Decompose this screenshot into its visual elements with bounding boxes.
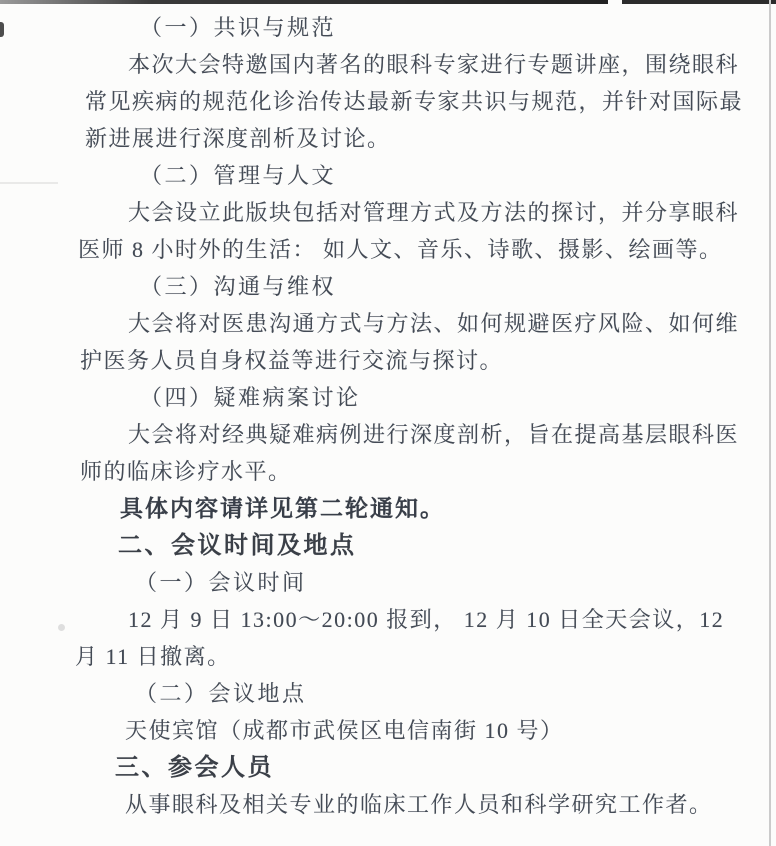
section3-heading: 三、参会人员 [115,751,776,788]
body-line: 大会将对医患沟通方式与方法、如何规避医疗风险、如何维 [128,307,776,344]
body-line: 医师 8 小时外的生活： 如人文、音乐、诗歌、摄影、绘画等。 [78,233,776,270]
body-line: 从事眼科及相关专业的临床工作人员和科学研究工作者。 [125,788,776,825]
section1-item3-title: （三）沟通与维权 [140,270,776,307]
venue-line: 天使宾馆（成都市武侯区电信南街 10 号） [125,714,776,751]
section2-item2-title: （二）会议地点 [135,677,776,714]
body-line: 本次大会特邀国内著名的眼科专家进行专题讲座，围绕眼科 [128,48,776,85]
section1-item1-title: （一）共识与规范 [140,11,776,48]
section1-item4-title: （四）疑难病案讨论 [140,381,776,418]
body-line: 师的临床诊疗水平。 [80,455,776,492]
scanned-document-page: （一）共识与规范 本次大会特邀国内著名的眼科专家进行专题讲座，围绕眼科 常见疾病… [0,0,776,846]
section1-item2-title: （二）管理与人文 [140,159,776,196]
meeting-date-line: 12 月 9 日 13:00～20:00 报到， 12 月 10 日全天会议，1… [128,603,776,640]
document-body: （一）共识与规范 本次大会特邀国内著名的眼科专家进行专题讲座，围绕眼科 常见疾病… [0,11,776,825]
section2-item1-title: （一）会议时间 [135,566,776,603]
section2-heading: 二、会议时间及地点 [118,529,776,566]
notice-line: 具体内容请详见第二轮通知。 [120,492,776,529]
body-line: 护医务人员自身权益等进行交流与探讨。 [80,344,776,381]
body-line: 新进展进行深度剖析及讨论。 [85,122,776,159]
body-line: 大会设立此版块包括对管理方式及方法的探讨，并分享眼科 [128,196,776,233]
meeting-date-line: 月 11 日撤离。 [75,640,776,677]
scan-top-edge-bar-left [0,0,608,4]
scan-top-edge-bar-right [622,0,776,4]
body-line: 大会将对经典疑难病例进行深度剖析，旨在提高基层眼科医 [128,418,776,455]
body-line: 常见疾病的规范化诊治传达最新专家共识与规范，并针对国际最 [85,85,776,122]
